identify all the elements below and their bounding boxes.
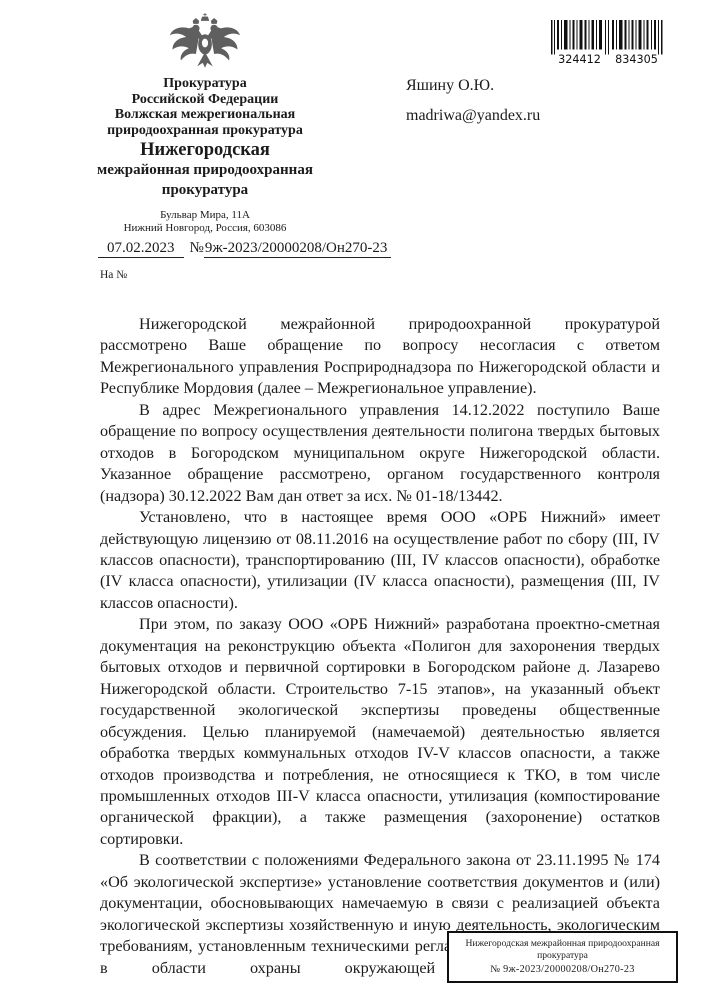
outgoing-number: 9ж-2023/20000208/Он270-23 [204, 240, 392, 258]
letter-body: Нижегородской межрайонной природоохранно… [100, 314, 660, 979]
barcode-digits-right: 834305 [615, 53, 658, 66]
paragraph: В адрес Межрегионального управления 14.1… [100, 400, 660, 507]
stamp-org-name: Нижегородская межрайонная природоохранна… [455, 938, 670, 961]
recipient-name: Яшину О.Ю. [406, 77, 540, 95]
paragraph: При этом, по заказу ООО «ОРБ Нижний» раз… [100, 614, 660, 850]
letter-date: 07.02.2023 [98, 240, 184, 258]
barcode: 324412 834305 [551, 20, 663, 66]
paragraph: Установлено, что в настоящее время ООО «… [100, 507, 660, 614]
org-line: природоохранная прокуратура [78, 123, 332, 139]
recipient-block: Яшину О.Ю. madriwa@yandex.ru [406, 77, 540, 125]
reply-reference-label: На № [100, 269, 127, 281]
address-line: Нижний Новгород, Россия, 603086 [78, 222, 332, 235]
barcode-digits-left: 324412 [558, 53, 601, 66]
org-name: Нижегородская [78, 140, 332, 161]
stamp-number: № 9ж-2023/20000208/Он270-23 [455, 964, 670, 975]
org-line: Российской Федерации [78, 92, 332, 108]
org-line: Прокуратура [78, 76, 332, 92]
registration-stamp: Нижегородская межрайонная природоохранна… [447, 931, 678, 983]
number-sign: № [190, 240, 204, 256]
org-line: Волжская межрегиональная [78, 107, 332, 123]
org-address: Бульвар Мира, 11А Нижний Новгород, Росси… [78, 209, 332, 235]
date-number-line: 07.02.2023№9ж-2023/20000208/Он270-23 [98, 240, 391, 257]
paragraph: Нижегородской межрайонной природоохранно… [100, 314, 660, 400]
recipient-email: madriwa@yandex.ru [406, 107, 540, 125]
org-name: прокуратура [78, 181, 332, 201]
letter-page: Прокуратура Российской Федерации Волжска… [0, 0, 706, 1000]
address-line: Бульвар Мира, 11А [78, 209, 332, 222]
letterhead: Прокуратура Российской Федерации Волжска… [78, 76, 332, 235]
org-name: межрайонная природоохранная [78, 161, 332, 181]
russian-coat-of-arms-icon [166, 13, 244, 73]
